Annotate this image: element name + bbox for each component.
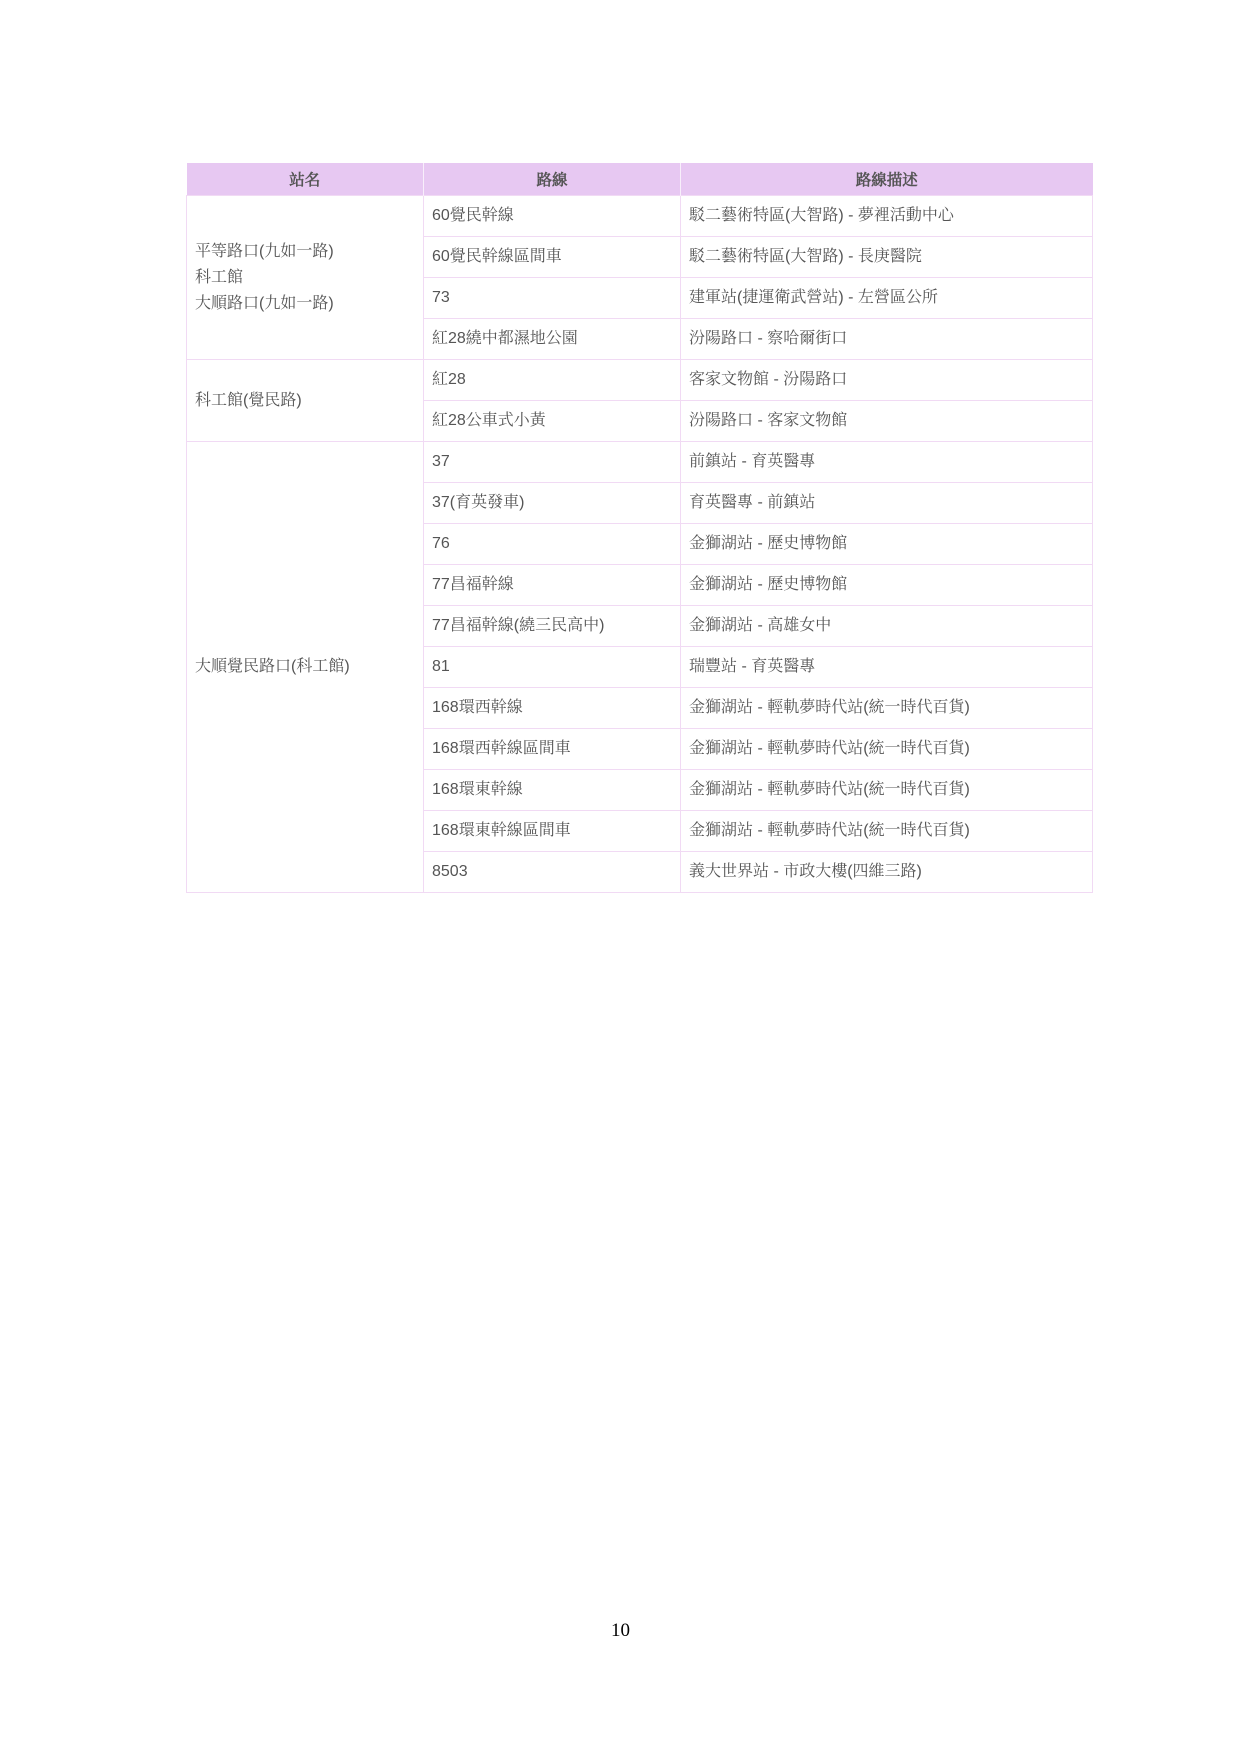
route-cell: 168環東幹線區間車 <box>424 811 681 852</box>
route-cell: 紅28公車式小黃 <box>424 401 681 442</box>
route-cell: 紅28繞中都濕地公園 <box>424 319 681 360</box>
route-cell: 168環西幹線 <box>424 688 681 729</box>
route-cell: 168環西幹線區間車 <box>424 729 681 770</box>
route-cell: 168環東幹線 <box>424 770 681 811</box>
route-description-cell: 金獅湖站 - 歷史博物館 <box>681 565 1093 606</box>
table-row: 大順覺民路口(科工館) 37 前鎮站 - 育英醫專 <box>187 442 1093 483</box>
route-cell: 37 <box>424 442 681 483</box>
route-description-cell: 金獅湖站 - 高雄女中 <box>681 606 1093 647</box>
route-cell: 76 <box>424 524 681 565</box>
route-cell: 60覺民幹線區間車 <box>424 237 681 278</box>
route-description-cell: 建軍站(捷運衛武營站) - 左營區公所 <box>681 278 1093 319</box>
route-description-cell: 金獅湖站 - 輕軌夢時代站(統一時代百貨) <box>681 688 1093 729</box>
route-description-cell: 前鎮站 - 育英醫專 <box>681 442 1093 483</box>
route-description-cell: 汾陽路口 - 客家文物館 <box>681 401 1093 442</box>
route-description-cell: 瑞豐站 - 育英醫專 <box>681 647 1093 688</box>
route-description-cell: 金獅湖站 - 歷史博物館 <box>681 524 1093 565</box>
route-description-cell: 駁二藝術特區(大智路) - 夢裡活動中心 <box>681 196 1093 237</box>
route-cell: 81 <box>424 647 681 688</box>
route-description-cell: 金獅湖站 - 輕軌夢時代站(統一時代百貨) <box>681 811 1093 852</box>
table-header: 站名 路線 路線描述 <box>187 163 1093 196</box>
route-cell: 73 <box>424 278 681 319</box>
station-cell: 平等路口(九如一路) 科工館 大順路口(九如一路) <box>187 196 424 360</box>
col-header-station: 站名 <box>187 163 424 196</box>
route-description-cell: 金獅湖站 - 輕軌夢時代站(統一時代百貨) <box>681 770 1093 811</box>
route-description-cell: 育英醫專 - 前鎮站 <box>681 483 1093 524</box>
table-row: 平等路口(九如一路) 科工館 大順路口(九如一路) 60覺民幹線 駁二藝術特區(… <box>187 196 1093 237</box>
route-cell: 37(育英發車) <box>424 483 681 524</box>
document-page: 站名 路線 路線描述 平等路口(九如一路) 科工館 大順路口(九如一路) 60覺… <box>0 0 1241 1755</box>
table-body: 平等路口(九如一路) 科工館 大順路口(九如一路) 60覺民幹線 駁二藝術特區(… <box>187 196 1093 893</box>
route-description-cell: 客家文物館 - 汾陽路口 <box>681 360 1093 401</box>
route-cell: 8503 <box>424 852 681 893</box>
station-cell: 科工館(覺民路) <box>187 360 424 442</box>
header-row: 站名 路線 路線描述 <box>187 163 1093 196</box>
route-description-cell: 義大世界站 - 市政大樓(四維三路) <box>681 852 1093 893</box>
col-header-description: 路線描述 <box>681 163 1093 196</box>
route-cell: 77昌福幹線 <box>424 565 681 606</box>
route-cell: 60覺民幹線 <box>424 196 681 237</box>
route-description-cell: 駁二藝術特區(大智路) - 長庚醫院 <box>681 237 1093 278</box>
table-row: 科工館(覺民路) 紅28 客家文物館 - 汾陽路口 <box>187 360 1093 401</box>
page-number: 10 <box>0 1620 1241 1642</box>
route-cell: 紅28 <box>424 360 681 401</box>
route-description-cell: 汾陽路口 - 察哈爾街口 <box>681 319 1093 360</box>
col-header-route: 路線 <box>424 163 681 196</box>
bus-routes-table: 站名 路線 路線描述 平等路口(九如一路) 科工館 大順路口(九如一路) 60覺… <box>186 163 1093 893</box>
route-cell: 77昌福幹線(繞三民高中) <box>424 606 681 647</box>
station-cell: 大順覺民路口(科工館) <box>187 442 424 893</box>
route-description-cell: 金獅湖站 - 輕軌夢時代站(統一時代百貨) <box>681 729 1093 770</box>
